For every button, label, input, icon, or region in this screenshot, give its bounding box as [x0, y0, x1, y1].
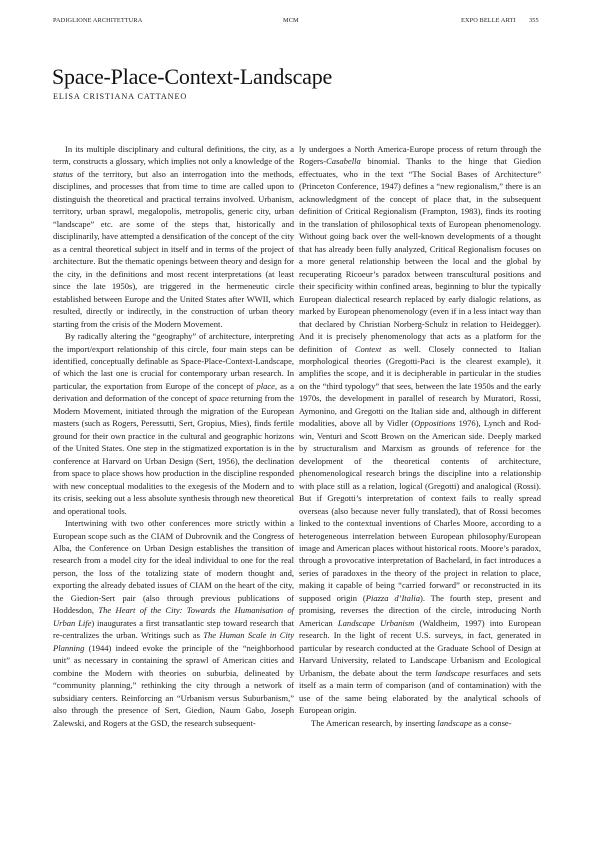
paragraph-5: The American research, by inserting land… [299, 717, 541, 729]
paragraph-3: Intertwining with two other conferences … [53, 517, 294, 729]
article-title: Space-Place-Context-Landscape [52, 64, 332, 90]
running-head-publication: EXPO BELLE ARTI [461, 17, 516, 24]
paragraph-1: In its multiple disciplinary and cultura… [53, 143, 294, 330]
running-head-center: MCM [283, 17, 299, 24]
article-author: Elisa Cristiana Cattaneo [53, 92, 187, 101]
paragraph-2: By radically altering the “geography” of… [53, 330, 294, 517]
running-head-section: PADIGLIONE ARCHITETTURA [53, 17, 142, 24]
page-number: 355 [529, 17, 539, 24]
paragraph-4: ly undergoes a North America-Europe proc… [299, 143, 541, 717]
right-column: ly undergoes a North America-Europe proc… [299, 143, 541, 729]
running-head: PADIGLIONE ARCHITETTURA MCM EXPO BELLE A… [53, 17, 541, 29]
left-column: In its multiple disciplinary and cultura… [53, 143, 294, 729]
